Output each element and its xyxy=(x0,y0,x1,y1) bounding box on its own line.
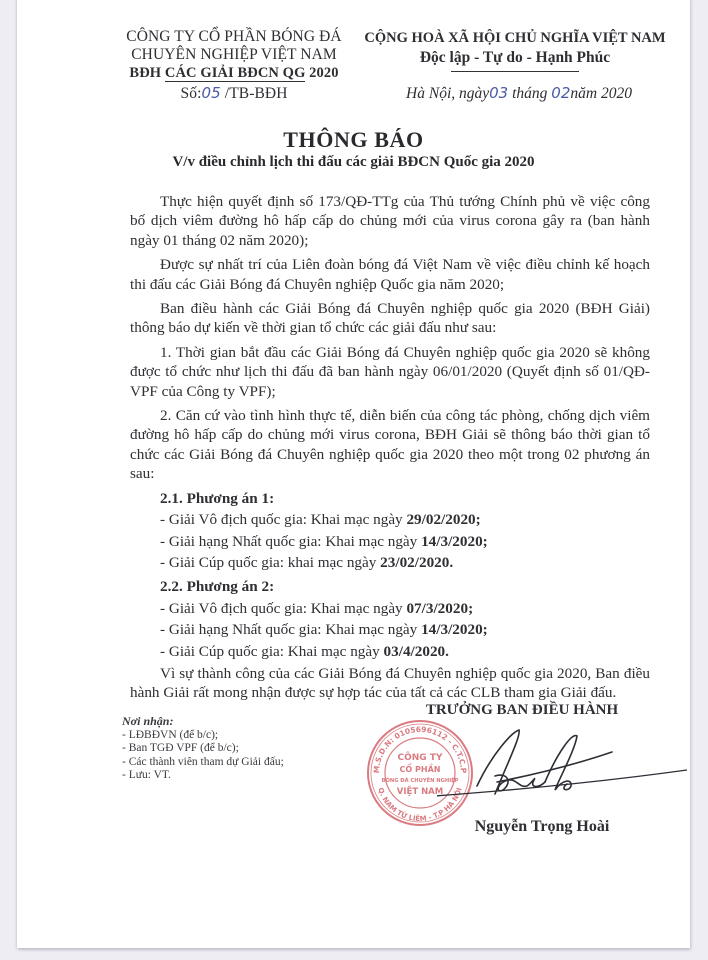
date-month-label: tháng xyxy=(508,85,551,102)
number-suffix: /TB-BĐH xyxy=(225,85,288,102)
board-name: BĐH CÁC GIẢI BĐCN QG 2020 xyxy=(109,64,359,82)
plan-item-label: - Giải Vô địch quốc gia: Khai mạc ngày xyxy=(160,600,406,617)
signer-title: TRƯỞNG BAN ĐIỀU HÀNH xyxy=(397,702,647,719)
national-motto: Độc lập - Tự do - Hạnh Phúc xyxy=(350,48,680,68)
document-date: Hà Nội, ngày03 tháng 02năm 2020 xyxy=(369,84,669,103)
plan-item: - Giải Vô địch quốc gia: Khai mạc ngày 0… xyxy=(130,599,650,618)
plan-item-label: - Giải Cúp quốc gia: khai mạc ngày xyxy=(160,554,380,571)
paragraph-agreement: Được sự nhất trí của Liên đoàn bóng đá V… xyxy=(130,255,650,294)
plan-item-date: 03/4/2020 xyxy=(384,643,446,660)
number-label: Số: xyxy=(181,85,202,102)
document-subtitle: V/v điều chỉnh lịch thi đấu các giải BĐC… xyxy=(17,154,690,171)
issuer-header: CÔNG TY CỔ PHẦN BÓNG ĐÁ CHUYÊN NGHIỆP VI… xyxy=(109,28,359,103)
company-name-line2: CHUYÊN NGHIỆP VIỆT NAM xyxy=(109,46,359,64)
board-suffix: 2020 xyxy=(305,65,338,81)
recipient-item: - Lưu: VT. xyxy=(122,769,382,783)
recipients-block: Nơi nhận: - LĐBĐVN (để b/c);- Ban TGĐ VP… xyxy=(122,715,382,783)
plan-item-label: - Giải Cúp quốc gia: Khai mạc ngày xyxy=(160,643,384,660)
board-name-underlined: CÁC GIẢI BĐCN QG xyxy=(165,65,306,82)
plan-item-end: . xyxy=(445,643,449,660)
plan-item: - Giải Vô địch quốc gia: Khai mạc ngày 2… xyxy=(130,510,650,529)
board-prefix: BĐH xyxy=(129,65,164,81)
plan-item-label: - Giải hạng Nhất quốc gia: Khai mạc ngày xyxy=(160,621,421,638)
plan-item-date: 14/3/2020 xyxy=(421,533,483,550)
plan-heading: 2.1. Phương án 1: xyxy=(130,489,650,508)
plan-item-end: ; xyxy=(476,511,481,528)
date-month: 02 xyxy=(551,84,570,102)
paragraph-decision: Thực hiện quyết định số 173/QĐ-TTg của T… xyxy=(130,192,650,250)
paragraph-closing: Vì sự thành công của các Giải Bóng đá Ch… xyxy=(130,664,650,703)
paragraph-announcement: Ban điều hành các Giải Bóng đá Chuyên ng… xyxy=(130,299,650,338)
plan-item-date: 23/02/2020 xyxy=(380,554,449,571)
plan-item-label: - Giải Vô địch quốc gia: Khai mạc ngày xyxy=(160,511,406,528)
plan-item: - Giải hạng Nhất quốc gia: Khai mạc ngày… xyxy=(130,532,650,551)
plan-item-end: . xyxy=(449,554,453,571)
recipients-label: Nơi nhận: xyxy=(122,715,382,729)
date-prefix: Hà Nội, ngày xyxy=(406,85,489,102)
company-name-line1: CÔNG TY CỔ PHẦN BÓNG ĐÁ xyxy=(109,28,359,46)
plan-item-date: 14/3/2020 xyxy=(421,621,483,638)
motto-underline xyxy=(451,71,579,72)
recipients-list: - LĐBĐVN (để b/c);- Ban TGĐ VPF (để b/c)… xyxy=(122,729,382,783)
document-page: CÔNG TY CỔ PHẦN BÓNG ĐÁ CHUYÊN NGHIỆP VI… xyxy=(17,0,690,948)
document-body: Thực hiện quyết định số 173/QĐ-TTg của T… xyxy=(130,192,650,708)
date-year: năm 2020 xyxy=(570,85,632,102)
date-day: 03 xyxy=(489,84,508,102)
plan-heading: 2.2. Phương án 2: xyxy=(130,577,650,596)
plan-item-end: ; xyxy=(483,621,488,638)
recipient-item: - Ban TGĐ VPF (để b/c); xyxy=(122,742,382,756)
national-header: CỘNG HOÀ XÃ HỘI CHỦ NGHĨA VIỆT NAM Độc l… xyxy=(350,28,680,72)
plan-item: - Giải Cúp quốc gia: Khai mạc ngày 03/4/… xyxy=(130,642,650,661)
point-1: 1. Thời gian bắt đầu các Giải Bóng đá Ch… xyxy=(130,343,650,401)
recipient-item: - Các thành viên tham dự Giải đấu; xyxy=(122,756,382,770)
plan-item-end: ; xyxy=(483,533,488,550)
plan-item-label: - Giải hạng Nhất quốc gia: Khai mạc ngày xyxy=(160,533,421,550)
plan-item-end: ; xyxy=(468,600,473,617)
svg-text:CỔ PHẦN: CỔ PHẦN xyxy=(400,762,441,774)
plan-item-date: 29/02/2020 xyxy=(406,511,475,528)
signer-name: Nguyễn Trọng Hoài xyxy=(442,818,642,836)
document-number: Số:05 /TB-BĐH xyxy=(109,84,359,103)
number-handwritten: 05 xyxy=(202,84,221,102)
recipient-item: - LĐBĐVN (để b/c); xyxy=(122,729,382,743)
plan-item: - Giải hạng Nhất quốc gia: Khai mạc ngày… xyxy=(130,620,650,639)
document-title: THÔNG BÁO xyxy=(17,127,690,153)
country-name: CỘNG HOÀ XÃ HỘI CHỦ NGHĨA VIỆT NAM xyxy=(350,28,680,48)
point-2: 2. Căn cứ vào tình hình thực tế, diễn bi… xyxy=(130,406,650,484)
plans-list: 2.1. Phương án 1:- Giải Vô địch quốc gia… xyxy=(130,489,650,661)
plan-item: - Giải Cúp quốc gia: khai mạc ngày 23/02… xyxy=(130,553,650,572)
plan-item-date: 07/3/2020 xyxy=(406,600,468,617)
